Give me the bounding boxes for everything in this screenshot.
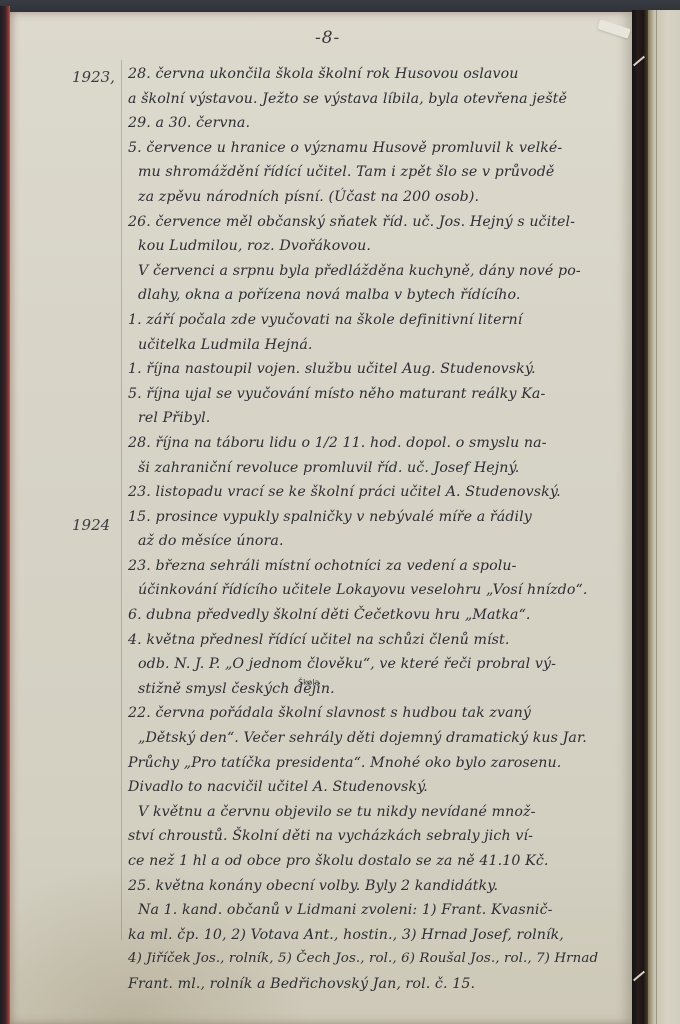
text-line: za zpěvu národních písní. (Účast na 200 … bbox=[128, 185, 624, 210]
facing-page-fold bbox=[656, 10, 657, 1024]
text-line: odb. N. J. P. „O jednom člověku“, ve kte… bbox=[128, 652, 624, 677]
text-line: ši zahraniční revoluce promluvil říd. uč… bbox=[128, 456, 624, 481]
text-line: 28. června ukončila škola školní rok Hus… bbox=[128, 62, 624, 87]
text-line: dlahy, okna a pořízena nová malba v byte… bbox=[128, 283, 624, 308]
text-line: 29. a 30. června. bbox=[128, 111, 624, 136]
margin-year-1924: 1924 bbox=[72, 516, 110, 534]
text-line: kou Ludmilou, roz. Dvořákovou. bbox=[128, 234, 624, 259]
text-line: 22. června pořádala školní slavnost s hu… bbox=[128, 701, 624, 726]
chronicle-text: 28. června ukončila škola školní rok Hus… bbox=[128, 62, 624, 997]
text-line: 5. července u hranice o významu Husově p… bbox=[128, 136, 624, 161]
text-line: rel Přibyl. bbox=[128, 406, 624, 431]
text-line: až do měsíce února. bbox=[128, 529, 624, 554]
text-line: mu shromáždění řídící učitel. Tam i zpět… bbox=[128, 160, 624, 185]
facing-page-edge bbox=[648, 10, 680, 1024]
text-line: Na 1. kand. občanů v Lidmani zvoleni: 1)… bbox=[128, 898, 624, 923]
background-top bbox=[0, 0, 680, 12]
text-line: učitelka Ludmila Hejná. bbox=[128, 333, 624, 358]
page-number: -8- bbox=[315, 28, 340, 48]
text-line: a školní výstavou. Ježto se výstava líbi… bbox=[128, 87, 624, 112]
text-line: ství chroustů. Školní děti na vycházkách… bbox=[128, 824, 624, 849]
book-cover-edge bbox=[0, 6, 10, 1024]
text-line: 4. května přednesl řídící učitel na schů… bbox=[128, 628, 624, 653]
text-line: 28. října na táboru lidu o 1/2 11. hod. … bbox=[128, 431, 624, 456]
text-line: stižně smysl českých dějin. bbox=[128, 677, 624, 702]
text-line: 1. října nastoupil vojen. službu učitel … bbox=[128, 357, 624, 382]
text-line: 23. listopadu vrací se ke školní práci u… bbox=[128, 480, 624, 505]
text-line: účinkování řídícího učitele Lokayovu ves… bbox=[128, 578, 624, 603]
text-line: 5. října ujal se vyučování místo něho ma… bbox=[128, 382, 624, 407]
text-line: ka ml. čp. 10, 2) Votava Ant., hostin., … bbox=[128, 923, 624, 948]
text-line: 23. března sehráli místní ochotníci za v… bbox=[128, 554, 624, 579]
text-line: „Dětský den“. Večer sehrály děti dojemný… bbox=[128, 726, 624, 751]
margin-year-1923: 1923, bbox=[72, 68, 115, 86]
text-line: 6. dubna předvedly školní děti Čečetkovu… bbox=[128, 603, 624, 628]
text-line: 4) Jiříček Jos., rolník, 5) Čech Jos., r… bbox=[128, 947, 624, 972]
text-line: 15. prosince vypukly spalničky v nebýval… bbox=[128, 505, 624, 530]
margin-rule bbox=[121, 60, 122, 940]
text-line: Frant. ml., rolník a Bedřichovský Jan, r… bbox=[128, 972, 624, 997]
text-line: Průchy „Pro tatíčka presidenta“. Mnohé o… bbox=[128, 751, 624, 776]
book-spine bbox=[632, 10, 648, 1024]
text-line: ce než 1 hl a od obce pro školu dostalo … bbox=[128, 849, 624, 874]
text-line: Divadlo to nacvičil učitel A. Studenovsk… bbox=[128, 775, 624, 800]
text-line: 26. července měl občanský sňatek říd. uč… bbox=[128, 210, 624, 235]
text-line: V červenci a srpnu byla předlážděna kuch… bbox=[128, 259, 624, 284]
text-line: V květnu a červnu objevilo se tu nikdy n… bbox=[128, 800, 624, 825]
text-line: 25. května konány obecní volby. Byly 2 k… bbox=[128, 874, 624, 899]
text-line: 1. září počala zde vyučovati na škole de… bbox=[128, 308, 624, 333]
